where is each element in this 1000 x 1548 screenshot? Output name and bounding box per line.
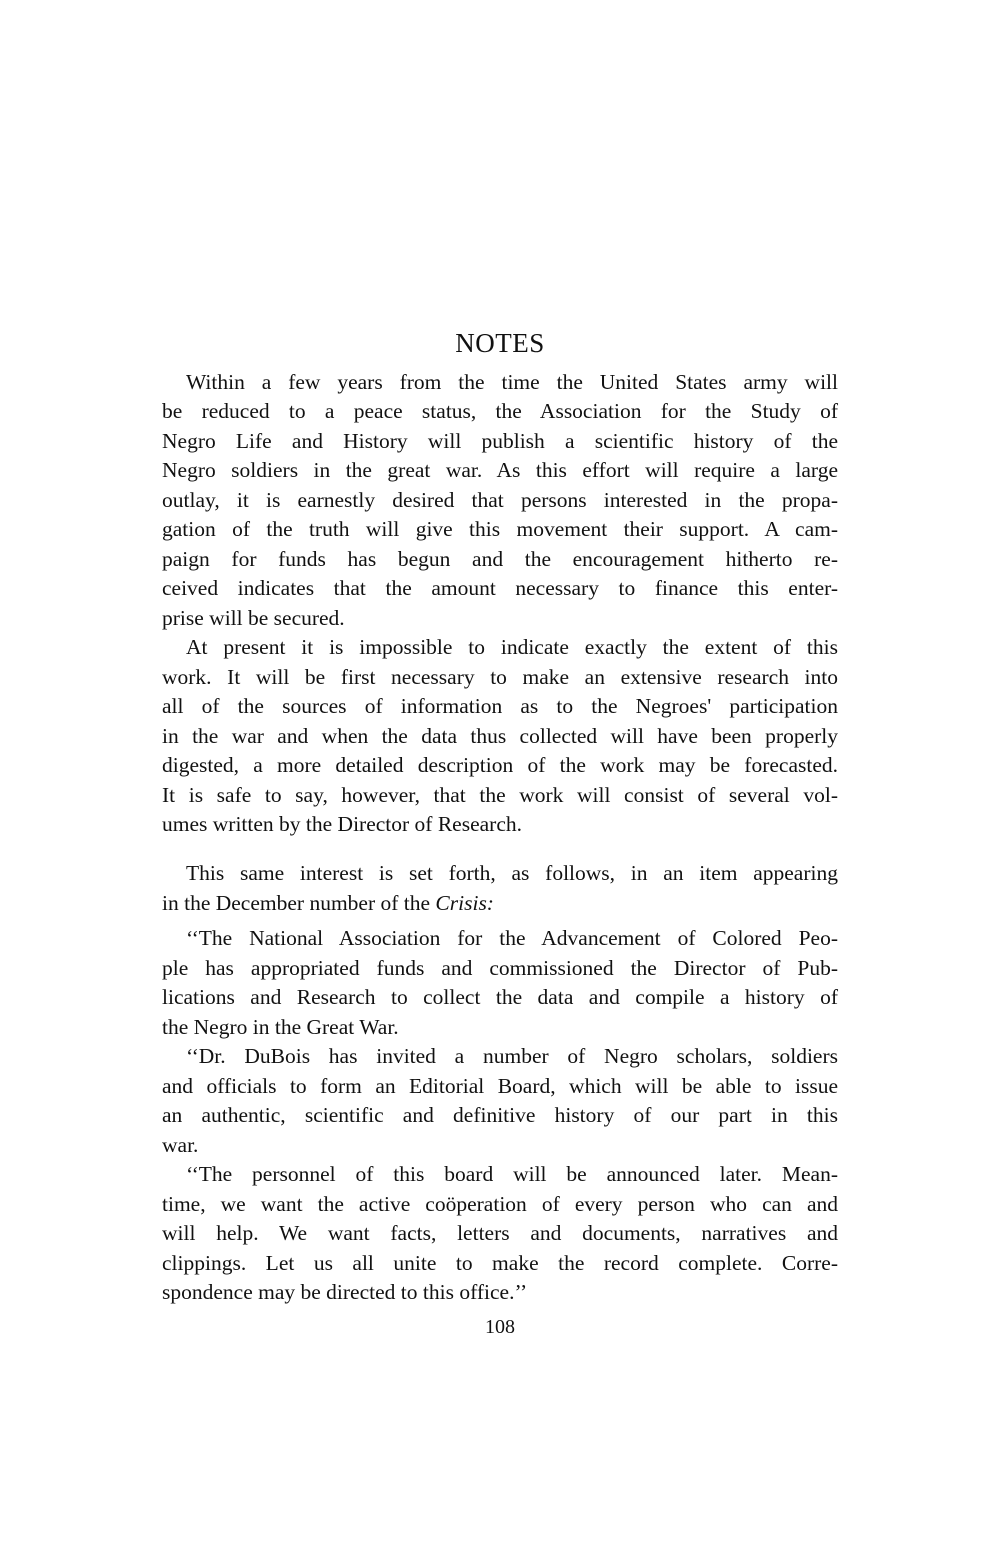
text-line: work. It will be first necessary to make… <box>162 662 838 692</box>
text-line: be reduced to a peace status, the Associ… <box>162 396 838 426</box>
text-line: paign for funds has begun and the encour… <box>162 544 838 574</box>
document-page: NOTES Within a few years from the time t… <box>0 0 1000 1548</box>
text-line: and officials to form an Editorial Board… <box>162 1071 838 1101</box>
text-line: digested, a more detailed description of… <box>162 750 838 780</box>
text-line: Negro Life and History will publish a sc… <box>162 426 838 456</box>
text-line: Negro soldiers in the great war. As this… <box>162 455 838 485</box>
text-line: Within a few years from the time the Uni… <box>186 367 838 397</box>
text-line: all of the sources of information as to … <box>162 691 838 721</box>
publication-name: Crisis: <box>435 891 494 915</box>
text-line: ‘‘Dr. DuBois has invited a number of Neg… <box>186 1041 838 1071</box>
text-line: ceived indicates that the amount necessa… <box>162 573 838 603</box>
page-title: NOTES <box>0 326 1000 360</box>
text-line: outlay, it is earnestly desired that per… <box>162 485 838 515</box>
text-line: will help. We want facts, letters and do… <box>162 1218 838 1248</box>
text-line: It is safe to say, however, that the wor… <box>162 780 838 810</box>
text-line: ‘‘The personnel of this board will be an… <box>186 1159 838 1189</box>
text-line: in the December number of the Crisis: <box>162 888 838 918</box>
text-line: This same interest is set forth, as foll… <box>186 858 838 888</box>
text-line: war. <box>162 1130 838 1160</box>
text-span: in the December number of the <box>162 891 435 915</box>
text-line: ple has appropriated funds and commissio… <box>162 953 838 983</box>
text-line: umes written by the Director of Research… <box>162 809 838 839</box>
text-line: an authentic, scientific and definitive … <box>162 1100 838 1130</box>
text-line: clippings. Let us all unite to make the … <box>162 1248 838 1278</box>
text-line: gation of the truth will give this movem… <box>162 514 838 544</box>
text-line: the Negro in the Great War. <box>162 1012 838 1042</box>
page-number: 108 <box>0 1313 1000 1341</box>
text-line: prise will be secured. <box>162 603 838 633</box>
text-line: in the war and when the data thus collec… <box>162 721 838 751</box>
text-line: ‘‘The National Association for the Advan… <box>186 923 838 953</box>
text-line: time, we want the active coöperation of … <box>162 1189 838 1219</box>
text-line: At present it is impossible to indicate … <box>186 632 838 662</box>
text-line: spondence may be directed to this office… <box>162 1277 838 1307</box>
text-line: lications and Research to collect the da… <box>162 982 838 1012</box>
